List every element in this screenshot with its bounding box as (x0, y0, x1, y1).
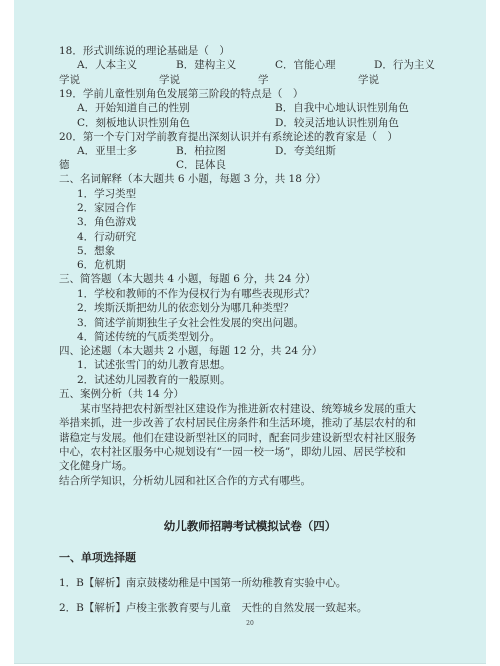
q18-wrap-a: 学说 (59, 74, 80, 87)
q18-option-d: D．行为主义 (374, 59, 435, 72)
q20-option-d: D．夸美纽斯 (275, 145, 336, 158)
section-4-heading: 四、论述题（本大题共 2 小题，每题 12 分，共 24 分） (59, 345, 322, 358)
q18-wrap-b: 学说 (159, 74, 180, 87)
answer-item: 2．B【解析】卢梭主张教育要与儿童 天性的自然发展一致起来。 (59, 602, 367, 615)
analysis-tag: 【解析】 (84, 602, 126, 614)
q18-option-c: C．官能心理 (275, 59, 336, 72)
q18-wrap-d: 学说 (358, 74, 379, 87)
case-paragraph-line: 文化健身广场。 (59, 460, 133, 473)
document-page: 18．形式训练说的理论基础是（ ） A．人本主义 B．建构主义 C．官能心理 D… (14, 0, 486, 664)
q19-option-a: A．开始知道自己的性别 (77, 102, 190, 115)
section-2-heading: 二、名词解释（本大题共 6 小题，每题 3 分，共 18 分） (59, 173, 326, 186)
section-3-item: 1．学校和教师的不作为侵权行为有哪些表现形式？ (77, 288, 315, 301)
answer-item: 1．B【解析】南京鼓楼幼稚是中国第一所幼稚教育实验中心。 (59, 577, 346, 590)
case-paragraph-line: 举措来抓，进一步改善了农村居民住房条件和生活环境，推动了基层农村的和 (59, 417, 416, 430)
question-19-stem: 19．学前儿童性别角色发展第三阶段的特点是（ ） (59, 88, 303, 101)
section-2-item: 4．行动研究 (77, 231, 136, 244)
case-paragraph-line: 中心，农村社区服务中心规划设有“一园一校一场”，即幼儿园、居民学校和 (59, 446, 406, 459)
q19-option-d: D．较灵活地认识性别角色 (275, 117, 399, 130)
q20-option-a: A．亚里士多 (77, 145, 137, 158)
answer-number: 1．B (59, 577, 84, 589)
section-4-item: 1．试述张雪门的幼儿教育思想。 (77, 359, 231, 372)
q20-option-c: C．昆体良 (176, 159, 226, 172)
q18-option-a: A．人本主义 (77, 59, 137, 72)
section-3-item: 3．简述学前期独生子女社会性发展的突出问题。 (77, 317, 304, 330)
section-2-item: 6．危机期 (77, 259, 126, 272)
answer-key-title: 幼儿教师招聘考试模拟试卷（四） (14, 518, 486, 534)
q20-option-b: B．柏拉图 (176, 145, 226, 158)
analysis-tag: 【解析】 (84, 577, 126, 589)
section-2-item: 3．角色游戏 (77, 216, 136, 229)
section-3-item: 2．埃斯沃斯把幼儿的依恋划分为哪几种类型？ (77, 302, 294, 315)
section-3-heading: 三、简答题（本大题共 4 小题，每题 6 分，共 24 分） (59, 273, 316, 286)
q18-wrap-c: 学 (258, 74, 269, 87)
section-5-heading: 五、案例分析（共 14 分） (59, 388, 184, 401)
answer-text: 南京鼓楼幼稚是中国第一所幼稚教育实验中心。 (126, 577, 347, 589)
q18-option-b: B．建构主义 (176, 59, 236, 72)
q19-option-c: C．刻板地认识性别角色 (77, 117, 190, 130)
answer-section-heading: 一、单项选择题 (59, 551, 136, 564)
case-paragraph-line: 某市坚持把农村新型社区建设作为推进新农村建设、统筹城乡发展的重大 (80, 403, 416, 416)
q20-wrap-a: 德 (59, 159, 70, 172)
section-4-item: 2．试述幼儿园教育的一般原则。 (77, 374, 231, 387)
question-18-stem: 18．形式训练说的理论基础是（ ） (59, 45, 230, 58)
section-2-item: 1．学习类型 (77, 188, 136, 201)
section-3-item: 4．简述传统的气质类型划分。 (77, 331, 220, 344)
question-20-stem: 20．第一个专门对学前教育提出深刻认识并有系统论述的教育家是（ ） (59, 131, 398, 144)
answer-number: 2．B (59, 602, 84, 614)
page-number: 20 (14, 620, 486, 627)
section-2-item: 5．想象 (77, 245, 115, 258)
case-paragraph-line: 谐稳定与发展。他们在建设新型社区的同时，配套同步建设新型农村社区服务 (59, 432, 416, 445)
answer-text: 卢梭主张教育要与儿童 天性的自然发展一致起来。 (126, 602, 368, 614)
section-2-item: 2．家园合作 (77, 202, 136, 215)
case-question: 结合所学知识，分析幼儿园和社区合作的方式有哪些。 (59, 475, 311, 488)
q19-option-b: B．自我中心地认识性别角色 (275, 102, 409, 115)
